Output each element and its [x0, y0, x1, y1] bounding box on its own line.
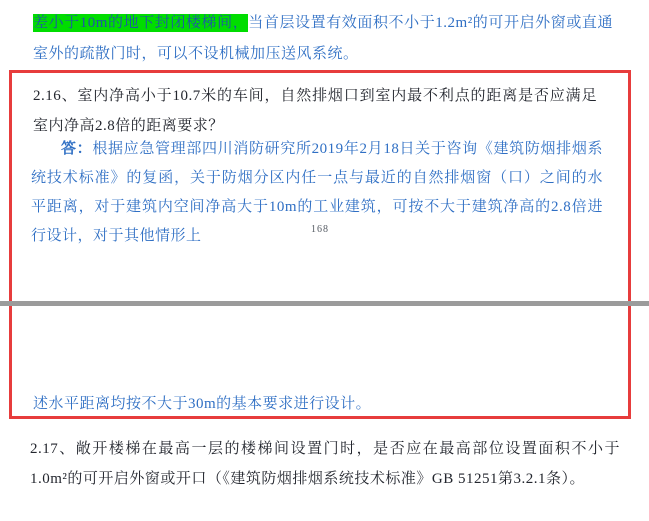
intro-paragraph: 差小于10m的地下封闭楼梯间，当首层设置有效面积不小于1.2m²的可开启外窗或直… — [33, 8, 613, 70]
question-2-16: 2.16、室内净高小于10.7米的车间，自然排烟口到室内最不利点的距离是否应满足… — [33, 81, 597, 141]
answer-2-16-continued: 述水平距离均按不大于30m的基本要求进行设计。 — [33, 394, 613, 414]
question-2-17: 2.17、敞开楼梯在最高一层的楼梯间设置门时，是否应在最高部位设置面积不小于1.… — [30, 434, 620, 494]
highlighted-text: 差小于10m的地下封闭楼梯间， — [33, 14, 248, 32]
answer-label: 答： — [61, 141, 92, 157]
document-page: 差小于10m的地下封闭楼梯间，当首层设置有效面积不小于1.2m²的可开启外窗或直… — [0, 0, 649, 521]
page-number: 168 — [12, 224, 628, 235]
page-break-divider — [0, 301, 649, 306]
red-annotation-box: 2.16、室内净高小于10.7米的车间，自然排烟口到室内最不利点的距离是否应满足… — [9, 70, 631, 419]
